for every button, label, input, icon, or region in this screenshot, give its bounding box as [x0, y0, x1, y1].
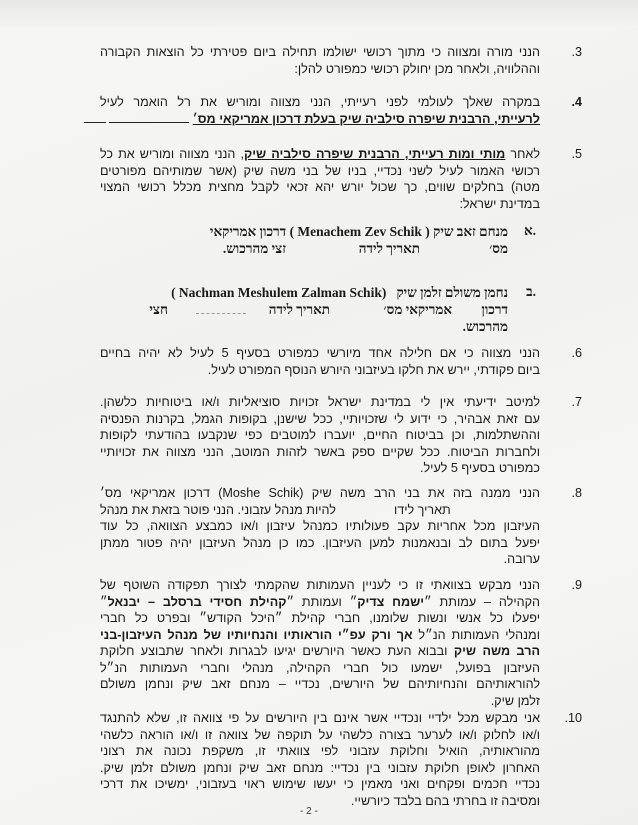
item-9-line: הקהילה – עמותת ״ישמח צדיק״ ועמותת ״קהילת…	[100, 594, 540, 611]
text: ובבוא העת כאשר היורשים יגיעו לבגרות ולאח…	[100, 644, 454, 658]
heir-a-line-1: מנחם זאב שיק ( Menachem Zev Schik ) דרכו…	[178, 223, 508, 240]
heir-a-passport: דרכון אמריקאי	[210, 224, 286, 239]
item-9-line: הנני מבקש בצוואתי זו כי לעניין העמותות ש…	[100, 577, 540, 594]
item-8-line: תאריך לידולהיות מנהל עזבוני. הנני פוטר ב…	[100, 502, 540, 519]
heir-a-birth-date: תאריך לידה	[359, 240, 420, 257]
item-10: אני מבקש מכל ילדיי ונכדיי אשר אינם בין ה…	[100, 710, 540, 809]
item-9-number: .9	[571, 577, 582, 594]
heir-a-hebrew-name: מנחם זאב שיק	[433, 224, 508, 239]
item-6-number: .6	[571, 345, 582, 362]
item-8-line: הנני ממנה בזה את בני הרב משה שיק (Moshe …	[100, 485, 540, 502]
item-5-line: לאחר מותי ומות רעייתי, הרבנית שיפרה סילב…	[100, 146, 540, 163]
item-10-line: אני מבקש מכל ילדיי ונכדיי אשר אינם בין ה…	[100, 710, 540, 727]
heir-b-label: ב.	[526, 284, 536, 300]
text: להיות מנהל עזבוני. הנני פוטר בזאת את מנה…	[100, 503, 336, 517]
heir-a-share: זצי מהרכוש.	[223, 240, 286, 257]
item-8-line: העיזבון מכל אחריות עקב פעולותיו כמנהל עי…	[100, 518, 540, 535]
item-8: הנני ממנה בזה את בני הרב משה שיק (Moshe …	[100, 485, 540, 568]
item-10-line: ו/או לחלוק ו/או לערער בצורה כלשהי על תוק…	[100, 727, 540, 744]
item-9-line: יפעלו כל אנשי ונשות שלומנו, חברי קהילת ״…	[100, 610, 540, 627]
heir-a-label: א.	[524, 223, 536, 239]
item-9: הנני מבקש בצוואתי זו כי לעניין העמותות ש…	[100, 577, 540, 709]
item-9-line: להוראותיהם והנחיותיהם של היורשים, נכדיי …	[100, 676, 540, 693]
item-6-line: ביום פקודתי, יירש את חלקו בעיזבוני היורש…	[100, 362, 540, 379]
item-7-line: ולחברות הביטוח. ככל שקיים ספק באשר לזהות…	[100, 444, 540, 461]
item-4-number: .4	[571, 94, 582, 111]
item-8-line: ערובה.	[100, 551, 540, 568]
passport-blank	[109, 122, 189, 123]
passport-blank-2	[84, 122, 106, 123]
item-4-line: במקרה שאלך לעולמי לפני רעייתי, הנני מצוו…	[100, 94, 540, 111]
heir-b-hebrew-name: נחמן משולם זלמן שיק	[396, 285, 508, 300]
heir-a-line-2: מס׳ תאריך לידה זצי מהרכוש.	[178, 240, 508, 257]
item-4-line: לרעייתי, הרבנית שיפרה סילביה שיק בעלת דר…	[100, 111, 540, 128]
association-name-2: קהילת חסידי ברסלב – יבנאל	[108, 595, 287, 609]
heir-a-passport-no: מס׳	[489, 240, 508, 257]
heir-b-english-name: ( Nachman Meshulem Zalman Schik)	[171, 285, 386, 300]
heir-a-english-name: ( Menachem Zev Schik )	[290, 224, 430, 239]
item-10-line: מהוראותיה, הואיל וחלוקת עזבוני לפי צוואת…	[100, 743, 540, 760]
item-10-number: .10	[564, 710, 582, 727]
text: ״ ועמותת ״	[286, 595, 357, 609]
item-5-line: רכושי האמור לעיל לשני נכדיי, בניו של בני…	[100, 163, 540, 180]
spouse-name: מותי ומות רעייתי, הרבנית שיפרה סילביה שי…	[244, 147, 505, 161]
item-9-line: ומנהלי העמותות הנ״ל אך ורק עפ״י הוראותיו…	[100, 627, 540, 644]
page-number: - 2 -	[300, 806, 318, 817]
item-3-line: הנני מורה ומצווה כי מתוך רכושי ישולמו תח…	[100, 44, 540, 61]
item-7-line: למיטב ידיעתי אין לי במדינת ישראל זכויות …	[100, 394, 540, 411]
association-name-1: ישמח צדיק	[357, 595, 424, 609]
text: ״	[100, 595, 108, 609]
text: ומנהלי העמותות הנ״ל	[413, 628, 540, 642]
text: לאחר	[510, 147, 540, 161]
item-10-line: ומסיבה זו בחרתי בהם בלבד כיורשיי.	[100, 793, 540, 810]
heir-a: מנחם זאב שיק ( Menachem Zev Schik ) דרכו…	[178, 223, 508, 257]
item-7: למיטב ידיעתי אין לי במדינת ישראל זכויות …	[100, 394, 540, 477]
item-3: הנני מורה ומצווה כי מתוך רכושי ישולמו תח…	[100, 44, 540, 77]
heir-b-passport: דרכון	[481, 301, 508, 318]
heir-b-passport-no: אמריקאי מס׳	[384, 301, 452, 318]
item-9-line: העיזבון בפועל, ישמעו כול חברי הקהילה, מנ…	[100, 660, 540, 677]
item-5-number: .5	[571, 146, 582, 163]
item-7-line: וההשתלמות, וכן בביטוח החיים, יועברו למוט…	[100, 427, 540, 444]
item-7-number: .7	[571, 394, 582, 411]
item-9-line: הרב משה שיק ובבוא העת כאשר היורשים יגיעו…	[100, 643, 540, 660]
item-10-line: האחרון לאופן חלוקת עזבוני בין נכדיי: מנח…	[100, 760, 540, 777]
item-4: במקרה שאלך לעולמי לפני רעייתי, הנני מצוו…	[100, 94, 540, 127]
heir-b-line-2: דרכון אמריקאי מס׳ תאריך לידה חצי	[108, 301, 508, 318]
heir-b-line-1: נחמן משולם זלמן שיק ( Nachman Meshulem Z…	[108, 284, 508, 301]
item-5-line: מטה) בחלקים שווים, כך שכול יורש יהא זכאי…	[100, 179, 540, 196]
executor-instructions: אך ורק עפ״י הוראותיו והנחיותיו של מנהל ה…	[100, 628, 413, 642]
item-7-line: כמפורט בסעיף 5 לעיל.	[100, 460, 540, 477]
birth-date-blank	[196, 313, 246, 314]
heir-b-share: חצי	[149, 301, 168, 318]
item-6: הנני מצווה כי אם חלילה אחד מיורשי כמפורט…	[100, 345, 540, 378]
item-10-line: נכדיי חכמים ופקחים ואני מאמין כי יעשו שי…	[100, 776, 540, 793]
item-7-line: עם זאת אבהיר, כי ידוע לי שזכויותיי, ככל …	[100, 411, 540, 428]
heir-b-share-2: מהרכוש.	[108, 318, 508, 335]
item-3-number: .3	[571, 44, 582, 61]
birth-date-label: תאריך לידו	[394, 503, 451, 517]
item-6-line: הנני מצווה כי אם חלילה אחד מיורשי כמפורט…	[100, 345, 540, 362]
document-page: .3 הנני מורה ומצווה כי מתוך רכושי ישולמו…	[0, 0, 638, 825]
executor-name: הרב משה שיק	[454, 644, 540, 658]
item-9-line: זלמן שיק.	[100, 693, 540, 710]
item-3-line: וההלוויה, ולאחר מכן יחולק רכושי כמפורט ל…	[100, 61, 540, 78]
item-5: לאחר מותי ומות רעייתי, הרבנית שיפרה סילב…	[100, 146, 540, 212]
text: , הנני מצווה ומוריש את כל	[100, 147, 244, 161]
item-5-line: במדינת ישראל:	[100, 196, 540, 213]
spouse-clause: לרעייתי, הרבנית שיפרה סילביה שיק בעלת דר…	[193, 112, 540, 126]
text: הקהילה – עמותת ״	[424, 595, 540, 609]
item-8-number: .8	[571, 485, 582, 502]
item-8-line: יפעל בתום לב ובנאמנות למען העיזבון. כמו …	[100, 535, 540, 552]
heir-b-birth-date: תאריך לידה	[269, 301, 330, 318]
scan-top-edge	[0, 0, 638, 28]
heir-b: נחמן משולם זלמן שיק ( Nachman Meshulem Z…	[108, 284, 508, 335]
